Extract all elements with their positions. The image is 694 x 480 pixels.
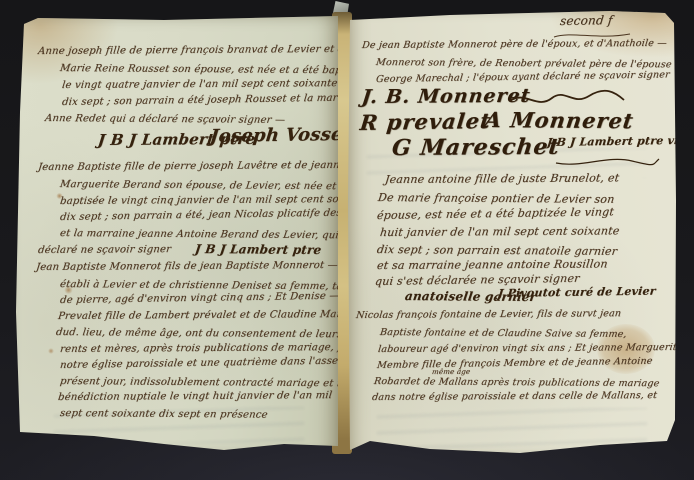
entry-line: De jean Baptiste Monnerot père de l'épou… <box>361 38 667 51</box>
foxing-spot <box>48 348 54 354</box>
entry-line: et la marraine jeanne Antoine Berand des… <box>59 228 373 241</box>
entry-line: sept cent soixante dix sept en présence <box>59 408 268 421</box>
entry-line: dix sept ; son parrain a été joseph Rous… <box>61 92 365 108</box>
folio-number-note: second f <box>559 13 613 28</box>
entry-line: dans notre église paroissiale et dans ce… <box>371 390 657 403</box>
entry-line: Anne joseph fille de pierre françois bra… <box>37 44 351 57</box>
left-page: Anne joseph fille de pierre françois bra… <box>14 12 340 458</box>
entry-line: baptisée le vingt cinq janvier de l'an m… <box>59 194 385 207</box>
entry-line: laboureur agé d'environ vingt six ans ; … <box>377 342 683 355</box>
signature-joseph-vosse: Joseph Vosse <box>209 124 344 147</box>
entry-line: Anne Redet qui a déclaré ne sçavoir sign… <box>44 113 286 126</box>
entry-line: De marie françoise pontier de Levier son <box>377 191 615 206</box>
entry-line: George Marechal ; l'époux ayant déclaré … <box>375 69 670 85</box>
entry-line: Monnerot son frère, de Renobert prévalet… <box>375 57 694 71</box>
entry-line: huit janvier de l'an mil sept cent soixa… <box>379 224 620 239</box>
entry-line: Jeanne Baptiste fille de pierre joseph L… <box>37 160 360 173</box>
entry-line: dud. lieu, de même âge, ont du consentem… <box>55 327 372 340</box>
entry-line: bénédiction nuptiale le vingt huit janvi… <box>57 390 332 403</box>
entry-line: déclaré ne sçavoir signer <box>37 244 171 256</box>
entry-line: Robardet de Mallans après trois publicat… <box>373 376 660 389</box>
entry-line: épouse, est née et a été baptizée le vin… <box>376 205 614 222</box>
entry-line: Nicolas françois fontaine de Levier, fil… <box>355 308 621 321</box>
entry-line: Baptiste fontaine et de Claudine Saive s… <box>379 327 627 340</box>
archival-scan: Anne joseph fille de pierre françois bra… <box>0 0 694 480</box>
signature-r-prevalet: R prevalet <box>359 108 493 135</box>
signature-lambert-vicaire: J B J Lambert ptre vicaire <box>546 133 694 149</box>
entry-line: dix sept ; son parrain est anatoile garn… <box>376 243 618 258</box>
signature-g-mareschet: G Mareschet <box>390 134 561 161</box>
entry-line: présent jour, indissolublement contracté… <box>59 376 374 389</box>
entry-line: Marie Reine Rousset son épouse, est née … <box>59 63 367 76</box>
entry-line: et sa marraine jeanne antoine Rousillon <box>376 257 608 272</box>
signature-jb-monneret: J. B. Monneret <box>361 85 532 108</box>
entry-line: Membre fille de françois Membre et de je… <box>376 356 653 371</box>
entry-line: Marguerite Berand son épouse, de Levier,… <box>59 179 380 193</box>
ink-showthrough <box>377 408 647 448</box>
signature-pivoutot-cure: J Pivoutot curé de Levier <box>497 285 656 300</box>
interline-insertion: même âge <box>432 368 471 376</box>
signature-lambert: J B J Lambert ptre <box>194 242 322 257</box>
entry-line: de pierre, agé d'environ vingt cinq ans … <box>59 291 340 306</box>
entry-line: Jean Baptiste Monnerot fils de jean Bapt… <box>35 260 338 273</box>
entry-line: Jeanne antoine fille de juste Brunelot, … <box>384 171 620 186</box>
right-page: second f De jean Baptiste Monnerot père … <box>347 8 679 460</box>
entry-line: Prevalet fille de Lambert prévalet et de… <box>57 309 375 322</box>
signature-flourish <box>552 154 662 168</box>
signature-a-monneret: A Monneret <box>483 107 635 133</box>
entry-line: le vingt quatre janvier de l'an mil sept… <box>61 78 351 91</box>
